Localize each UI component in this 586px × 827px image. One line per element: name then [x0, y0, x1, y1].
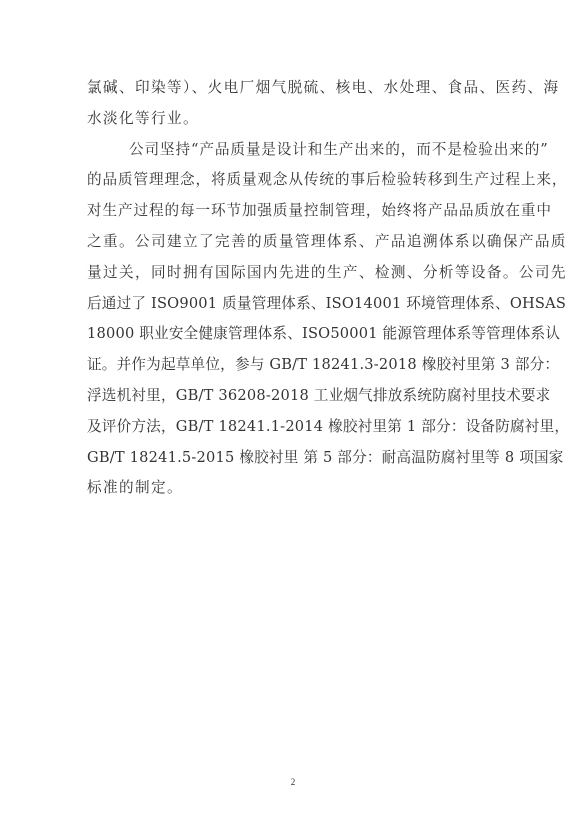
text-line: 氯碱、印染等）、火电厂烟气脱硫、核电、水处理、食品、医药、海: [87, 73, 505, 104]
text-line: 证。并作为起草单位，参与 GB/T 18241.3-2018 橡胶衬里第 3 部…: [87, 350, 505, 381]
paragraph-first-line: 公司坚持“产品质量是设计和生产出来的，而不是检验出来的”: [87, 135, 505, 166]
text-line: 后通过了 ISO9001 质量管理体系、ISO14001 环境管理体系、OHSA…: [87, 289, 505, 320]
text-line: 及评价方法，GB/T 18241.1-2014 橡胶衬里第 1 部分：设备防腐衬…: [87, 412, 505, 443]
text-line: 量过关，同时拥有国际国内先进的生产、检测、分析等设备。公司先: [87, 258, 505, 289]
text-line: 浮选机衬里，GB/T 36208-2018 工业烟气排放系统防腐衬里技术要求: [87, 381, 505, 412]
text-line: GB/T 18241.5-2015 橡胶衬里 第 5 部分：耐高温防腐衬里等 8…: [87, 443, 505, 474]
text-line: 之重。公司建立了完善的质量管理体系、产品追溯体系以确保产品质: [87, 227, 505, 258]
text-line: 标准的制定。: [87, 473, 505, 504]
body-text: 氯碱、印染等）、火电厂烟气脱硫、核电、水处理、食品、医药、海 水淡化等行业。 公…: [87, 73, 505, 504]
text-line: 18000 职业安全健康管理体系、ISO50001 能源管理体系等管理体系认: [87, 319, 505, 350]
text-line: 对生产过程的每一环节加强质量控制管理，始终将产品品质放在重中: [87, 196, 505, 227]
document-page: 氯碱、印染等）、火电厂烟气脱硫、核电、水处理、食品、医药、海 水淡化等行业。 公…: [0, 0, 586, 827]
text-line: 的品质管理理念，将质量观念从传统的事后检验转移到生产过程上来，: [87, 165, 505, 196]
text-line: 水淡化等行业。: [87, 104, 505, 135]
page-number: 2: [0, 777, 586, 787]
